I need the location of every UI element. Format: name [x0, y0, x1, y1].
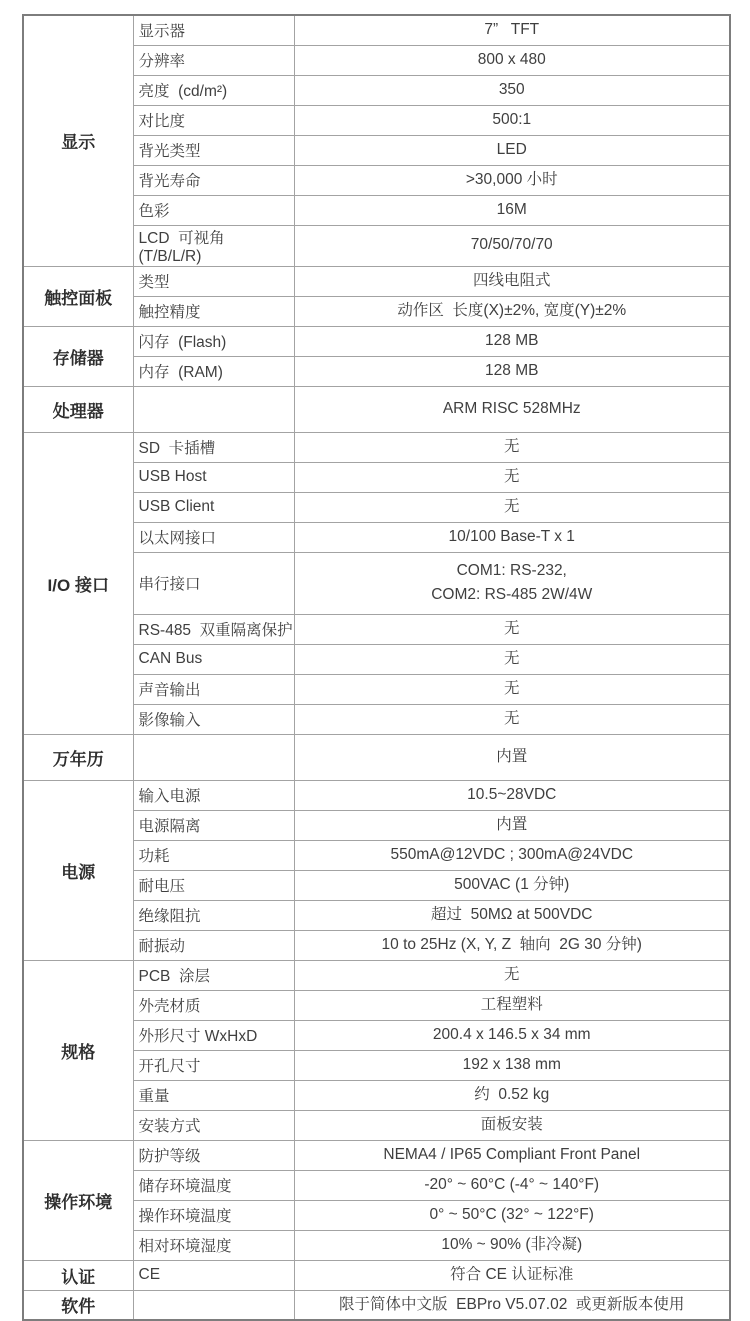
spec-value-cell: 无: [294, 432, 730, 462]
spec-value-cell: 10.5~28VDC: [294, 780, 730, 810]
spec-value-cell: >30,000 小时: [294, 165, 730, 195]
category-cell: 操作环境: [23, 1140, 133, 1260]
spec-value-cell: LED: [294, 135, 730, 165]
spec-label-cell: LCD 可视角 (T/B/L/R): [133, 225, 294, 266]
spec-row: 触控面板类型四线电阻式: [23, 266, 730, 296]
spec-value-cell: ARM RISC 528MHz: [294, 386, 730, 432]
spec-value-cell: 符合 CE 认证标准: [294, 1260, 730, 1290]
spec-value-cell: 无: [294, 704, 730, 734]
spec-row: 显示显示器7” TFT: [23, 15, 730, 45]
category-cell: 规格: [23, 960, 133, 1140]
spec-value-cell: 16M: [294, 195, 730, 225]
category-cell: 万年历: [23, 734, 133, 780]
spec-value-cell: 350: [294, 75, 730, 105]
spec-value-cell: 无: [294, 614, 730, 644]
spec-label-cell: CE: [133, 1260, 294, 1290]
spec-value-cell: 500VAC (1 分钟): [294, 870, 730, 900]
spec-label-cell: 安装方式: [133, 1110, 294, 1140]
spec-label-cell: 影像输入: [133, 704, 294, 734]
spec-label-cell: 防护等级: [133, 1140, 294, 1170]
spec-value-cell: 10 to 25Hz (X, Y, Z 轴向 2G 30 分钟): [294, 930, 730, 960]
spec-row: 处理器ARM RISC 528MHz: [23, 386, 730, 432]
spec-value-cell: 约 0.52 kg: [294, 1080, 730, 1110]
spec-label-cell: 显示器: [133, 15, 294, 45]
spec-label-cell: 耐振动: [133, 930, 294, 960]
spec-value-cell: 800 x 480: [294, 45, 730, 75]
category-cell: 显示: [23, 15, 133, 266]
spec-value-cell: 192 x 138 mm: [294, 1050, 730, 1080]
spec-label-cell: 背光类型: [133, 135, 294, 165]
spec-label-cell: [133, 386, 294, 432]
spec-value-cell: 无: [294, 644, 730, 674]
category-cell: 处理器: [23, 386, 133, 432]
spec-label-cell: 重量: [133, 1080, 294, 1110]
spec-value-cell: 500:1: [294, 105, 730, 135]
spec-label-cell: 外形尺寸 WxHxD: [133, 1020, 294, 1050]
category-cell: I/O 接口: [23, 432, 133, 734]
spec-value-cell: 内置: [294, 734, 730, 780]
spec-label-cell: 串行接口: [133, 552, 294, 614]
spec-label-cell: 声音输出: [133, 674, 294, 704]
spec-value-cell: 128 MB: [294, 326, 730, 356]
spec-row: 万年历内置: [23, 734, 730, 780]
spec-value-cell: 无: [294, 462, 730, 492]
spec-value-cell: 0° ~ 50°C (32° ~ 122°F): [294, 1200, 730, 1230]
spec-table-body: 显示显示器7” TFT分辨率800 x 480亮度 (cd/m²)350对比度5…: [23, 15, 730, 1320]
spec-label-cell: 闪存 (Flash): [133, 326, 294, 356]
spec-value-cell: 超过 50MΩ at 500VDC: [294, 900, 730, 930]
spec-label-cell: 对比度: [133, 105, 294, 135]
spec-row: 软件限于简体中文版 EBPro V5.07.02 或更新版本使用: [23, 1290, 730, 1320]
category-cell: 存储器: [23, 326, 133, 386]
spec-value-cell: 10/100 Base-T x 1: [294, 522, 730, 552]
category-cell: 电源: [23, 780, 133, 960]
spec-value-cell: 无: [294, 492, 730, 522]
spec-row: 电源输入电源10.5~28VDC: [23, 780, 730, 810]
spec-value-cell: 128 MB: [294, 356, 730, 386]
spec-value-cell: 550mA@12VDC ; 300mA@24VDC: [294, 840, 730, 870]
spec-row: I/O 接口SD 卡插槽无: [23, 432, 730, 462]
spec-label-cell: 相对环境湿度: [133, 1230, 294, 1260]
spec-label-cell: 背光寿命: [133, 165, 294, 195]
spec-label-cell: 绝缘阻抗: [133, 900, 294, 930]
spec-label-cell: USB Host: [133, 462, 294, 492]
spec-label-cell: [133, 1290, 294, 1320]
spec-label-cell: 以太网接口: [133, 522, 294, 552]
spec-value-cell: 无: [294, 960, 730, 990]
spec-label-cell: CAN Bus: [133, 644, 294, 674]
spec-label-cell: 内存 (RAM): [133, 356, 294, 386]
spec-value-cell: 内置: [294, 810, 730, 840]
spec-row: 认证CE符合 CE 认证标准: [23, 1260, 730, 1290]
spec-label-cell: 触控精度: [133, 296, 294, 326]
spec-label-cell: USB Client: [133, 492, 294, 522]
spec-label-cell: [133, 734, 294, 780]
spec-table: 显示显示器7” TFT分辨率800 x 480亮度 (cd/m²)350对比度5…: [22, 14, 731, 1321]
spec-label-cell: 类型: [133, 266, 294, 296]
spec-label-cell: PCB 涂层: [133, 960, 294, 990]
spec-value-cell: -20° ~ 60°C (-4° ~ 140°F): [294, 1170, 730, 1200]
spec-label-cell: 输入电源: [133, 780, 294, 810]
spec-value-cell: 限于简体中文版 EBPro V5.07.02 或更新版本使用: [294, 1290, 730, 1320]
spec-value-cell: 7” TFT: [294, 15, 730, 45]
category-cell: 认证: [23, 1260, 133, 1290]
spec-label-cell: 操作环境温度: [133, 1200, 294, 1230]
spec-value-cell: 无: [294, 674, 730, 704]
spec-row: 存储器闪存 (Flash)128 MB: [23, 326, 730, 356]
spec-label-cell: 分辨率: [133, 45, 294, 75]
spec-value-cell: 动作区 长度(X)±2%, 宽度(Y)±2%: [294, 296, 730, 326]
spec-value-cell: 200.4 x 146.5 x 34 mm: [294, 1020, 730, 1050]
spec-row: 操作环境防护等级NEMA4 / IP65 Compliant Front Pan…: [23, 1140, 730, 1170]
spec-value-cell: 四线电阻式: [294, 266, 730, 296]
spec-label-cell: 电源隔离: [133, 810, 294, 840]
spec-label-cell: 开孔尺寸: [133, 1050, 294, 1080]
category-cell: 触控面板: [23, 266, 133, 326]
spec-value-cell: 70/50/70/70: [294, 225, 730, 266]
spec-value-cell: 10% ~ 90% (非冷凝): [294, 1230, 730, 1260]
spec-label-cell: 外壳材质: [133, 990, 294, 1020]
category-cell: 软件: [23, 1290, 133, 1320]
spec-label-cell: 储存环境温度: [133, 1170, 294, 1200]
spec-value-cell: NEMA4 / IP65 Compliant Front Panel: [294, 1140, 730, 1170]
spec-label-cell: RS-485 双重隔离保护: [133, 614, 294, 644]
spec-value-cell: 工程塑料: [294, 990, 730, 1020]
spec-row: 规格PCB 涂层无: [23, 960, 730, 990]
spec-label-cell: 亮度 (cd/m²): [133, 75, 294, 105]
spec-label-cell: 功耗: [133, 840, 294, 870]
spec-value-cell: 面板安装: [294, 1110, 730, 1140]
spec-value-cell: COM1: RS-232, COM2: RS-485 2W/4W: [294, 552, 730, 614]
spec-sheet: 显示显示器7” TFT分辨率800 x 480亮度 (cd/m²)350对比度5…: [22, 14, 731, 1321]
spec-label-cell: 耐电压: [133, 870, 294, 900]
spec-label-cell: 色彩: [133, 195, 294, 225]
spec-label-cell: SD 卡插槽: [133, 432, 294, 462]
